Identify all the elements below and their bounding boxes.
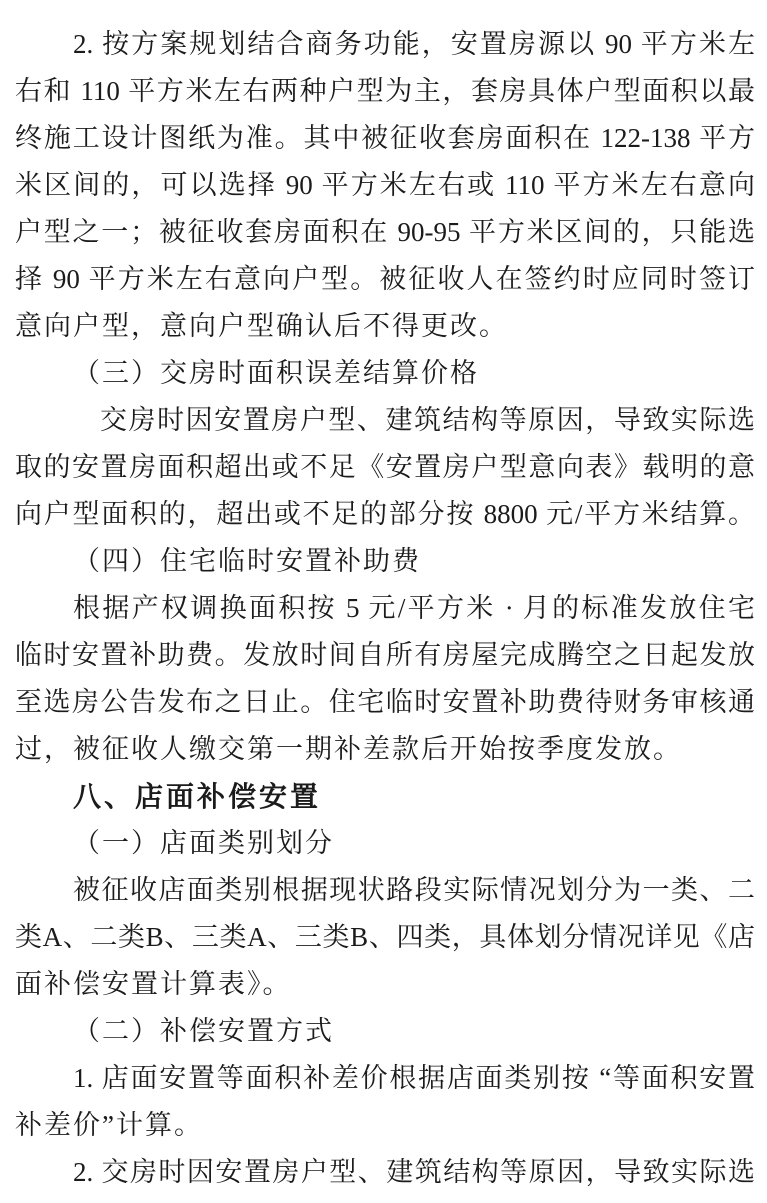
paragraph-line: 米区间的，可以选择 90 平方米左右或 110 平方米左右意向 — [15, 162, 755, 209]
paragraph-line: 取的安置房面积超出或不足《安置房户型意向表》载明的意 — [15, 444, 755, 491]
paragraph-line: 面补偿安置计算表》。 — [15, 961, 755, 1008]
subsection-heading-2: （二）补偿安置方式 — [15, 1008, 755, 1055]
paragraph-line: 右和 110 平方米左右两种户型为主，套房具体户型面积以最 — [15, 68, 755, 115]
paragraph-line: 户型之一；被征收套房面积在 90-95 平方米区间的，只能选 — [15, 209, 755, 256]
subsection-heading-3: （三）交房时面积误差结算价格 — [15, 350, 755, 397]
paragraph-line: 被征收店面类别根据现状路段实际情况划分为一类、二 — [15, 867, 755, 914]
paragraph-line: 类A、二类B、三类A、三类B、四类，具体划分情况详见《店 — [15, 914, 755, 961]
paragraph-line: 择 90 平方米左右意向户型。被征收人在签约时应同时签订 — [15, 256, 755, 303]
paragraph-line: 至选房公告发布之日止。住宅临时安置补助费待财务审核通 — [15, 679, 755, 726]
paragraph-line: 临时安置补助费。发放时间自所有房屋完成腾空之日起发放 — [15, 632, 755, 679]
subsection-heading-1: （一）店面类别划分 — [15, 820, 755, 867]
paragraph-line: 补差价”计算。 — [15, 1102, 755, 1149]
paragraph-line: 过，被征收人缴交第一期补差款后开始按季度发放。 — [15, 726, 755, 773]
paragraph-line: 交房时因安置房户型、建筑结构等原因，导致实际选 — [15, 397, 755, 444]
paragraph-line: 2. 按方案规划结合商务功能，安置房源以 90 平方米左 — [15, 21, 755, 68]
document-page: 2. 按方案规划结合商务功能，安置房源以 90 平方米左 右和 110 平方米左… — [0, 0, 767, 1203]
section-heading-8: 八、店面补偿安置 — [15, 773, 755, 820]
paragraph-line: 2. 交房时因安置房户型、建筑结构等原因，导致实际选 — [15, 1149, 755, 1196]
paragraph-line: 1. 店面安置等面积补差价根据店面类别按 “等面积安置 — [15, 1055, 755, 1102]
paragraph-line: 终施工设计图纸为准。其中被征收套房面积在 122-138 平方 — [15, 115, 755, 162]
paragraph-line: 意向户型，意向户型确认后不得更改。 — [15, 303, 755, 350]
paragraph-line: 根据产权调换面积按 5 元/平方米 · 月的标准发放住宅 — [15, 585, 755, 632]
paragraph-line: 向户型面积的，超出或不足的部分按 8800 元/平方米结算。 — [15, 491, 755, 538]
subsection-heading-4: （四）住宅临时安置补助费 — [15, 538, 755, 585]
